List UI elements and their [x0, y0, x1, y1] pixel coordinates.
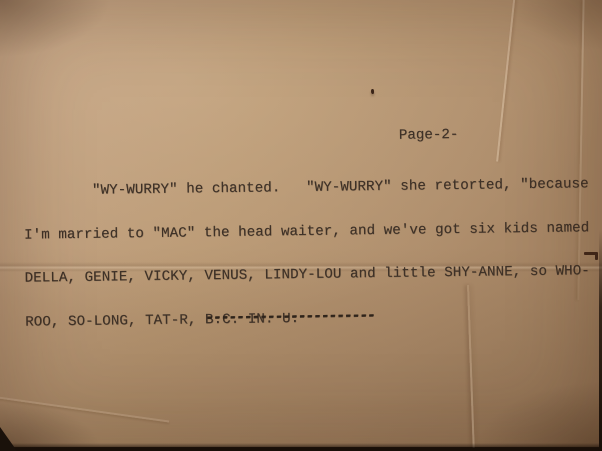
typed-divider-line: ----------------------	[205, 307, 375, 326]
photo-frame: Page-2- "WY-WURRY" he chanted. "WY-WURRY…	[0, 0, 602, 451]
paragraph-line: I'm married to "MAC" the head waiter, an…	[24, 221, 589, 243]
bottom-left-corner-background	[0, 427, 17, 451]
paragraph-line: DELLA, GENIE, VICKY, VENUS, LINDY-LOU an…	[25, 264, 590, 286]
paragraph-line: "WY-WURRY" he chanted. "WY-WURRY" she re…	[23, 177, 588, 199]
typed-text-layer: Page-2- "WY-WURRY" he chanted. "WY-WURRY…	[0, 0, 602, 451]
bottom-edge-background	[0, 443, 602, 451]
body-paragraph: "WY-WURRY" he chanted. "WY-WURRY" she re…	[23, 148, 591, 358]
page-number-label: Page-2-	[399, 127, 459, 144]
